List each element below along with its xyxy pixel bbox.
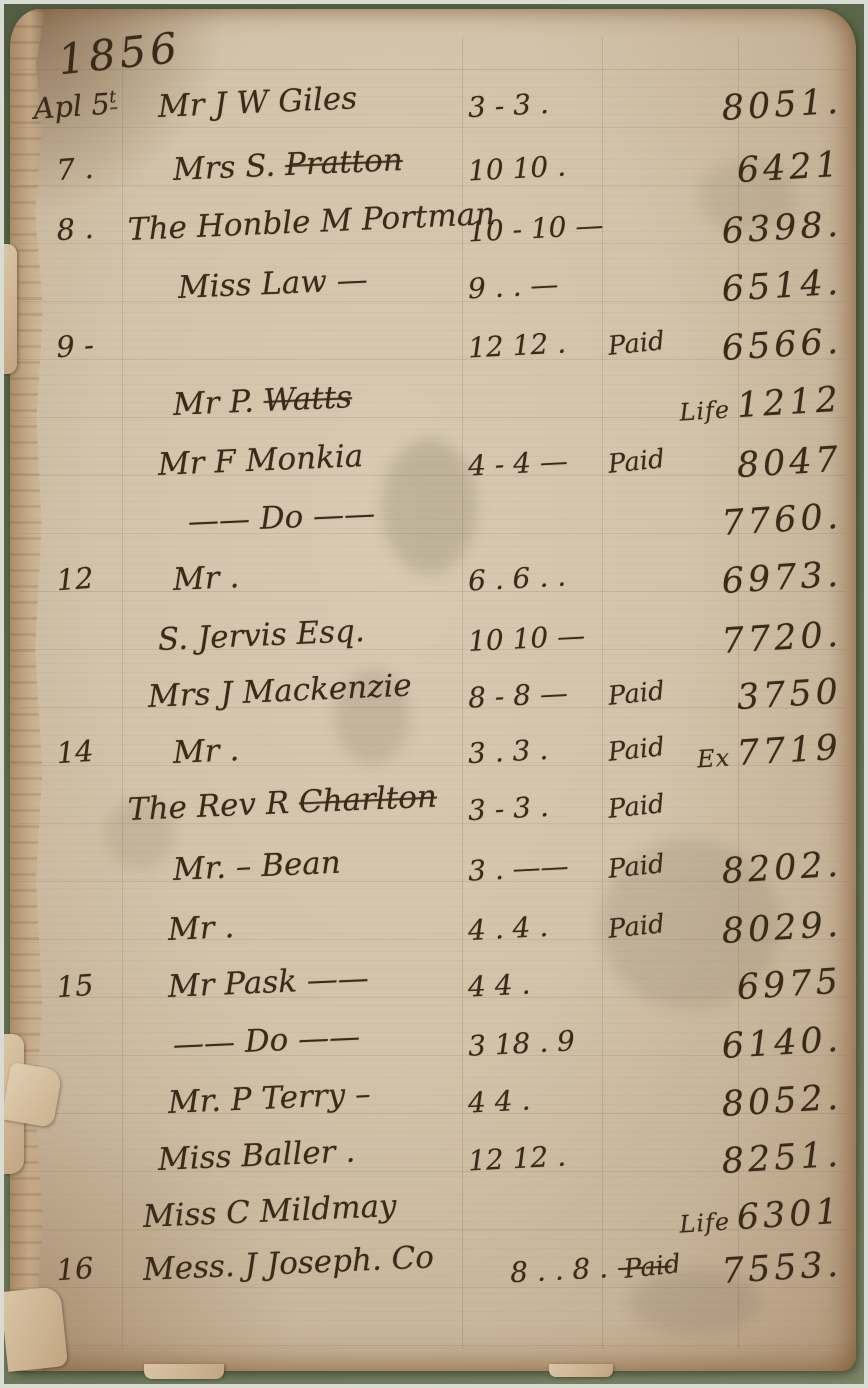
entry-number: 6566.: [721, 322, 843, 369]
entry-amount: 10 - 10 —: [467, 208, 604, 248]
ledger-page: 1856 Apl 5t Mr J W Giles 3 - 3 . 8051. 7…: [10, 9, 856, 1371]
entry-number: 7719: [736, 728, 843, 774]
entry-date: 12: [27, 559, 123, 599]
entry-name-main: —— Do ——: [172, 1019, 361, 1063]
entry-number: 6398.: [721, 205, 843, 252]
entry-number: 8047: [736, 440, 843, 486]
entry-number-cell: 7720.: [601, 615, 843, 670]
entry-number: 3750: [736, 672, 843, 718]
torn-paper-fragment: [4, 244, 17, 374]
ledger-entry-row: —— Do —— 7760.: [10, 504, 856, 562]
entry-number: 7760.: [721, 497, 843, 544]
entry-name: Miss Baller .: [157, 1133, 356, 1178]
entry-amount: 10 10 .: [467, 149, 567, 187]
ledger-entry-row: 15 Mr Pask —— 4 4 . 6975: [10, 969, 856, 1027]
entry-name-main: Mr .: [172, 732, 240, 771]
ledger-entry-row: Mr . 4 . 4 . Paid 8029.: [10, 912, 856, 970]
entry-number-cell: 8052.: [601, 1078, 843, 1133]
entry-amount: 8 - 8 —: [467, 676, 568, 714]
ledger-entry-row: 9 - 12 12 . Paid 6566.: [10, 329, 856, 387]
entry-name: Mr Pask ——: [167, 960, 369, 1005]
entry-number: 7720.: [721, 615, 843, 662]
entry-amount: 3 - 3 .: [467, 790, 549, 827]
entry-number: 8052.: [721, 1078, 843, 1125]
ledger-entry-row: The Rev R Charlton 3 - 3 . Paid: [10, 792, 856, 850]
entry-number-cell: 6140.: [601, 1020, 843, 1075]
entry-life-note: Life: [679, 396, 731, 427]
ledger-entry-row: Mr. – Bean 3 . —— Paid 8202.: [10, 852, 856, 910]
entry-amount: 3 18 . 9: [467, 1024, 575, 1063]
entry-date: 14: [27, 732, 123, 772]
entry-number: 8029.: [721, 905, 843, 952]
entry-date-text: 12: [55, 561, 94, 597]
ledger-entry-row: Mr. P Terry – 4 4 . 8052.: [10, 1085, 856, 1143]
entry-number: 6421: [736, 145, 843, 191]
entry-date-text: Apl 5: [32, 87, 111, 126]
entry-number-cell: 6398.: [601, 205, 843, 260]
ledger-entry-row: Mrs J Mackenzie 8 - 8 — Paid 3750: [10, 679, 856, 737]
entry-name-main: Mr .: [167, 909, 235, 948]
entry-date-text: 16: [55, 1251, 94, 1287]
entry-amount: 10 10 —: [467, 619, 586, 658]
entry-number-cell: 7760.: [601, 497, 843, 552]
entry-amount: 12 12 .: [467, 326, 567, 364]
entry-date-text: 14: [55, 734, 94, 770]
entry-amount: 12 12 .: [467, 1139, 567, 1177]
entry-name-main: Mr J W Giles: [157, 80, 358, 125]
entry-name-main: —— Do ——: [187, 496, 376, 540]
entry-date: 7 .: [27, 149, 123, 189]
entry-number-cell: 6514.: [601, 263, 843, 318]
ledger-entry-row: 8 . The Honble M Portman 10 - 10 — 6398.: [10, 212, 856, 270]
entry-date: 16: [27, 1249, 123, 1289]
entry-name-main: Mr F Monkia: [157, 438, 364, 483]
entry-name: S. Jervis Esq.: [157, 613, 365, 658]
entry-date-text: 8 .: [55, 211, 94, 247]
entry-amount: 9 . . —: [467, 268, 559, 306]
entry-name: Mr .: [172, 559, 240, 598]
entry-number: 6973.: [721, 555, 843, 602]
entry-number: 8202.: [721, 845, 843, 892]
ledger-entry-row: Mr P. Watts Life1212: [10, 387, 856, 445]
entry-number: 8251.: [721, 1135, 843, 1182]
entry-name-main: S. Jervis Esq.: [157, 613, 365, 658]
entry-number-cell: 8251.: [601, 1135, 843, 1190]
entry-name: —— Do ——: [187, 496, 376, 540]
entry-amount: 4 4 .: [467, 967, 531, 1003]
entry-date-text: 7 .: [55, 151, 94, 187]
entry-number: 8051.: [721, 82, 843, 129]
entry-name-struck: Pratton: [284, 142, 403, 183]
entry-number: 6301: [736, 1192, 843, 1238]
entry-name-struck: Charlton: [298, 779, 437, 821]
ledger-entry-row: Miss Baller . 12 12 . 8251.: [10, 1142, 856, 1200]
entry-amount: 3 - 3 .: [467, 87, 549, 124]
torn-paper-fragment: [144, 1364, 224, 1379]
entry-amount: 4 - 4 —: [467, 444, 568, 482]
torn-paper-fragment: [0, 1286, 68, 1372]
entry-name-main: Miss Law —: [177, 262, 368, 306]
entry-number: 1212: [736, 380, 843, 426]
entry-amount: 4 . 4 .: [467, 910, 549, 947]
entry-date-text: 15: [55, 968, 94, 1004]
entry-status: Paid: [607, 789, 667, 825]
entry-name: Mrs S. Pratton: [172, 142, 403, 188]
entry-name-main: Mr P.: [172, 383, 264, 423]
entry-name: Mr .: [172, 732, 240, 771]
entry-number-cell: Life1212: [601, 380, 843, 435]
year-label: 1856: [56, 23, 183, 85]
ledger-entry-row: Miss Law — 9 . . — 6514.: [10, 270, 856, 328]
entry-number: 7553.: [721, 1245, 843, 1292]
entry-name-main: Mr. P Terry –: [167, 1076, 371, 1121]
ledger-entry-row: Apl 5t Mr J W Giles 3 - 3 . 8051.: [10, 89, 856, 147]
entry-number-cell: 8051.: [601, 82, 843, 137]
entry-date: 9 -: [27, 326, 123, 366]
entry-name-main: Mr. – Bean: [172, 845, 341, 888]
ledger-entry-row: 12 Mr . 6 . 6 . . 6973.: [10, 562, 856, 620]
entry-life-note: Ex: [696, 744, 731, 774]
ledger-entry-row: 16 Mess. J Joseph. Co 8 . . 8 . —— Paid …: [10, 1252, 856, 1310]
entry-amount: 4 4 .: [467, 1083, 531, 1119]
entry-date-text: 9 -: [55, 328, 95, 365]
entry-number-cell: 6973.: [601, 555, 843, 610]
entry-number: 6514.: [721, 263, 843, 310]
entry-amount: 3 . 3 .: [467, 733, 549, 770]
ledger-entry-row: —— Do —— 3 18 . 9 6140.: [10, 1027, 856, 1085]
entry-name: —— Do ——: [172, 1019, 361, 1063]
entry-life-note: Life: [679, 1208, 731, 1239]
entry-date: 15: [27, 966, 123, 1006]
entry-number: 6140.: [721, 1020, 843, 1067]
entry-name: Mr P. Watts: [172, 379, 353, 423]
ledger-entry-row: S. Jervis Esq. 10 10 — 7720.: [10, 622, 856, 680]
scanned-ledger-photo: 1856 Apl 5t Mr J W Giles 3 - 3 . 8051. 7…: [0, 0, 868, 1388]
entry-name-main: Miss Baller .: [157, 1133, 356, 1178]
entry-name-main: The Rev R: [127, 785, 300, 828]
entry-date-sup: t: [109, 87, 117, 109]
entry-name-main: Mr .: [172, 559, 240, 598]
entry-name-main: Mr Pask ——: [167, 960, 369, 1005]
entry-name: Mr F Monkia: [157, 438, 364, 483]
entry-number-cell: 6975: [601, 962, 843, 1017]
entry-number-cell: 6421: [601, 145, 843, 200]
entry-name: Miss Law —: [177, 262, 368, 306]
entry-amount: 6 . 6 . .: [467, 559, 567, 597]
torn-paper-fragment: [549, 1364, 613, 1377]
entry-name: Mr .: [167, 909, 235, 948]
entry-name: Mr J W Giles: [157, 80, 358, 125]
entry-amount: 3 . ——: [467, 849, 569, 887]
entry-name-main: Mrs S.: [172, 147, 286, 188]
entry-date: Apl 5t: [27, 86, 123, 126]
torn-paper-fragment: [1, 1062, 62, 1128]
entry-name: Mr. – Bean: [172, 845, 341, 888]
entry-number-cell: Life6301: [601, 1192, 843, 1247]
entry-name: Mr. P Terry –: [167, 1076, 371, 1121]
entry-name-struck: Watts: [263, 379, 353, 419]
entry-date: 8 .: [27, 209, 123, 249]
entry-number: 6975: [736, 962, 843, 1008]
ledger-entry-row: Mr F Monkia 4 - 4 — Paid 8047: [10, 447, 856, 505]
